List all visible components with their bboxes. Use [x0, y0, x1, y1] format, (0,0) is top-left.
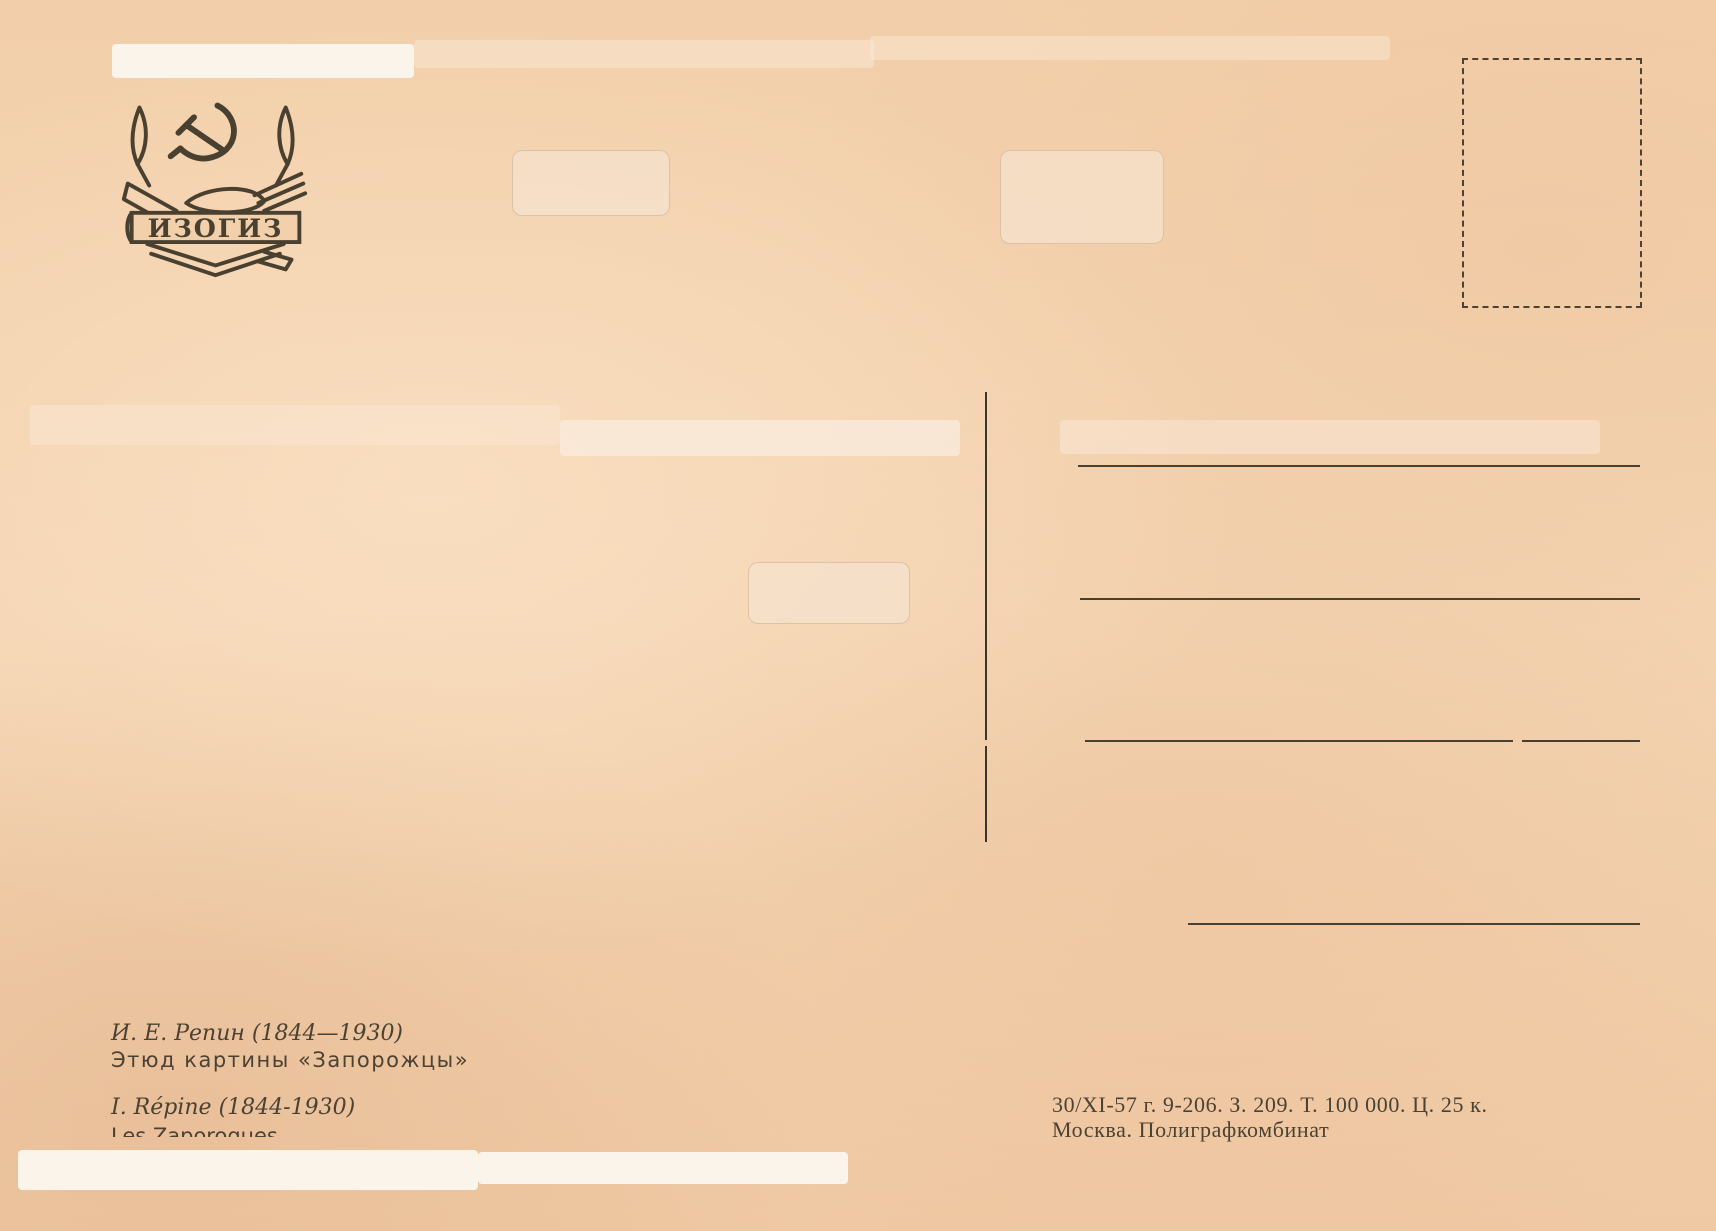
caption-ru-years: (1844—1930)	[252, 1021, 403, 1046]
message-address-divider	[985, 392, 987, 842]
postcard-back: ИЗОГИЗ И. Е. Репин (1844—1930) Этюд карт…	[0, 0, 1716, 1231]
torn-paper-residue	[1060, 420, 1600, 454]
svg-text:ИЗОГИЗ: ИЗОГИЗ	[148, 213, 284, 243]
torn-paper-residue	[560, 420, 960, 456]
address-line-3	[1085, 740, 1513, 742]
imprint-line-2: Москва. Полиграфкомбинат	[1052, 1117, 1488, 1142]
torn-paper-residue	[112, 44, 414, 78]
caption-fr-years: (1844-1930)	[219, 1095, 356, 1120]
artwork-caption: И. Е. Репин (1844—1930) Этюд картины «За…	[111, 1021, 469, 1137]
album-mount-mark	[748, 562, 910, 624]
address-line-1	[1078, 465, 1640, 467]
torn-paper-residue	[414, 40, 874, 68]
caption-fr-author: I. Répine	[111, 1095, 212, 1120]
address-line-4	[1188, 923, 1640, 925]
stamp-placeholder-box	[1462, 58, 1642, 308]
caption-ru-author-line: И. Е. Репин (1844—1930)	[111, 1021, 469, 1047]
caption-ru-author: И. Е. Репин	[111, 1021, 245, 1046]
caption-fr-title-torn: Les Zaporogues	[111, 1121, 469, 1137]
address-line-2	[1080, 598, 1640, 600]
izogiz-emblem-icon: ИЗОГИЗ	[118, 88, 313, 283]
torn-paper-residue	[18, 1150, 478, 1190]
album-mount-mark	[512, 150, 670, 216]
torn-paper-residue	[870, 36, 1390, 60]
torn-paper-residue	[30, 405, 560, 445]
torn-paper-residue	[478, 1152, 848, 1184]
imprint-line-1: 30/XI-57 г. 9-206. З. 209. Т. 100 000. Ц…	[1052, 1092, 1488, 1117]
album-mount-mark	[1000, 150, 1164, 244]
caption-fr-author-line: I. Répine (1844-1930)	[111, 1095, 469, 1121]
address-line-3-postcode	[1522, 740, 1640, 742]
publisher-logo: ИЗОГИЗ	[118, 88, 313, 283]
caption-ru-title: Этюд картины «Запорожцы»	[111, 1047, 469, 1073]
print-imprint: 30/XI-57 г. 9-206. З. 209. Т. 100 000. Ц…	[1052, 1092, 1488, 1142]
